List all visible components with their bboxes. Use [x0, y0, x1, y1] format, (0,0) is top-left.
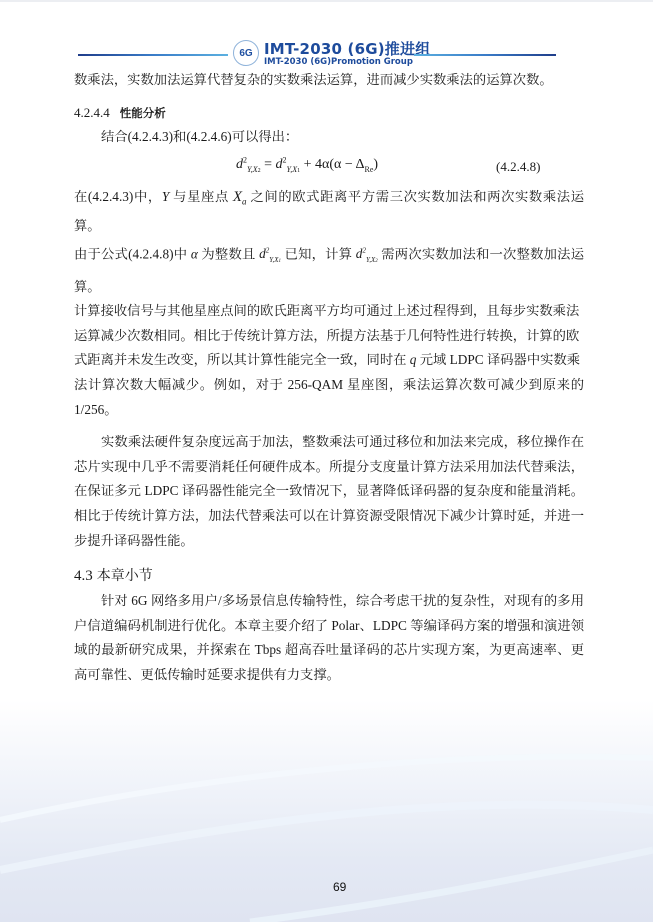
text-run: 元域 LDPC 译码器中实数乘: [416, 352, 580, 367]
equation-number: (4.2.4.8): [496, 159, 540, 175]
eq-rhs-sup: 2: [283, 156, 287, 165]
text-run: 与星座点: [169, 189, 233, 204]
page-number: 69: [333, 880, 346, 894]
paragraph-summary: 针对 6G 网络多用户/多场景信息传输特性，综合考虑干扰的复杂性，对现有的多用户…: [74, 589, 584, 687]
equation-body: d2Y,X2 = d2Y,X1 + 4α(α − ΔRe): [236, 157, 378, 173]
spacer: [74, 422, 584, 430]
math-alpha: α: [191, 246, 198, 261]
header-rule-left: [78, 54, 228, 56]
intro-line: 数乘法，实数加法运算代替复杂的实数乘法运算，进而减少实数乘法的运算次数。: [74, 68, 584, 93]
text-run: 式距离并未发生改变，所以其计算性能完全一致，同时在: [74, 352, 410, 367]
text-run: 已知，计算: [281, 246, 356, 261]
header-rule-right: [414, 54, 556, 56]
top-border: [0, 0, 653, 2]
paragraph-analysis: 在(4.2.4.3)中，Y 与星座点 Xa 之间的欧式距离平方需三次实数加法和两…: [74, 185, 584, 422]
text-run: 在(4.2.4.3)中，: [74, 189, 162, 204]
document-body: 数乘法，实数加法运算代替复杂的实数乘法运算，进而减少实数乘法的运算次数。 4.2…: [74, 68, 584, 688]
brand-title-en: IMT-2030 (6G)Promotion Group: [264, 57, 413, 67]
math-X: X: [233, 189, 242, 205]
eq-lhs-d: d: [236, 157, 243, 172]
text-run: 由于公式(4.2.4.8)中: [74, 246, 191, 261]
section-title: 本章小节: [97, 568, 153, 584]
eq-rhs-sub: Y,X: [287, 165, 298, 174]
text-run: 运算减少次数相同。相比于传统计算方法，所提方法基于几何特性进行转换，计算的欧: [74, 328, 579, 343]
equation-4248: d2Y,X2 = d2Y,X1 + 4α(α − ΔRe) (4.2.4.8): [74, 155, 584, 185]
text-run: 计算接收信号与其他星座点间的欧氏距离平方均可通过上述过程得到，且每步实数乘法: [74, 303, 579, 318]
eq-close: ): [373, 157, 378, 172]
eq-rhs-d: d: [276, 157, 283, 172]
section-number: 4.3: [74, 568, 93, 584]
6g-logo-icon: 6G: [233, 40, 259, 66]
eq-rest: + 4α(α − Δ: [300, 157, 364, 172]
text-run: 为整数且: [198, 246, 259, 261]
section-heading-43: 4.3本章小节: [74, 563, 584, 589]
text-run: 法计算次数大幅减少。例如，对于 256-QAM 星座图，乘法运算次数可减少到原来…: [74, 377, 584, 417]
math-d-Y-X1: d2Y,X1: [259, 246, 281, 261]
section-title: 性能分析: [120, 106, 166, 120]
page-header: 6G IMT-2030 (6G)推进组 IMT-2030 (6G)Promoti…: [78, 38, 558, 72]
equation-lead: 结合(4.2.4.3)和(4.2.4.6)可以得出：: [74, 125, 584, 150]
eq-equals: =: [261, 157, 276, 172]
brand-title-cn: IMT-2030 (6G)推进组: [264, 38, 430, 59]
section-heading-4244: 4.2.4.4性能分析: [74, 101, 584, 125]
eq-lhs-sub: Y,X: [247, 165, 258, 174]
math-d-Y-X2: d2Y,X2: [356, 246, 378, 261]
section-number: 4.2.4.4: [74, 105, 110, 120]
eq-lhs-sup: 2: [243, 156, 247, 165]
paragraph-hardware: 实数乘法硬件复杂度远高于加法，整数乘法可通过移位和加法来完成，移位操作在芯片实现…: [74, 430, 584, 553]
